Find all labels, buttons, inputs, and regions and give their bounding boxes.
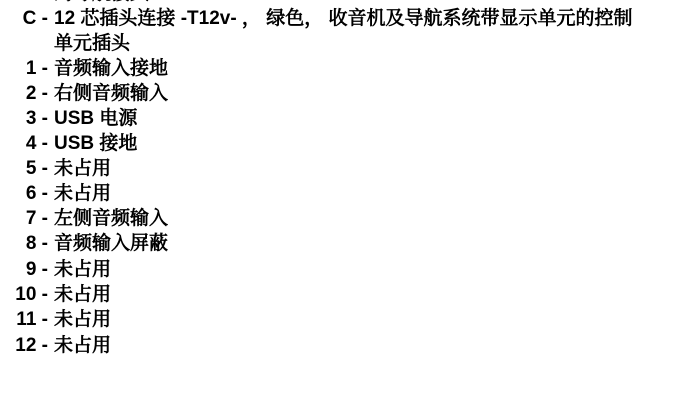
pin-number: 5 - xyxy=(26,156,48,181)
connector-heading: C - 12 芯插头连接 -T12v- ， 绿色， 收音机及导航系统带显示单元的… xyxy=(0,6,700,31)
pin-number: 2 - xyxy=(26,81,48,106)
pin-number: 9 - xyxy=(26,257,48,282)
connector-title-line1: 12 芯插头连接 -T12v- ， 绿色， 收音机及导航系统带显示单元的控制 xyxy=(54,6,633,31)
pin-description: 右侧音频输入 xyxy=(54,81,168,106)
pin-description: 未占用 xyxy=(54,282,111,307)
pin-description: 未占用 xyxy=(54,181,111,206)
pin-number: 7 - xyxy=(26,206,48,231)
pin-description: 未占用 xyxy=(54,257,111,282)
pin-description: USB 接地 xyxy=(54,131,137,156)
pin-description: 音频输入屏蔽 xyxy=(54,231,168,256)
pin-number: 12 - xyxy=(15,333,48,358)
pin-number: 6 - xyxy=(26,181,48,206)
pin-number: 8 - xyxy=(26,231,48,256)
pin-description: 未占用 xyxy=(54,333,111,358)
pin-description: USB 电源 xyxy=(54,106,137,131)
pin-number: 11 - xyxy=(16,307,48,332)
pin-description: 未占用 xyxy=(54,156,111,181)
pin-description: 左侧音频输入 xyxy=(54,206,168,231)
pin-number: 1 - xyxy=(26,56,48,81)
pin-description: 音频输入接地 xyxy=(54,56,168,81)
pin-number: 3 - xyxy=(26,106,48,131)
pin-number: 4 - xyxy=(26,131,48,156)
document-page: 的导航接头 C - 12 芯插头连接 -T12v- ， 绿色， 收音机及导航系统… xyxy=(0,0,700,403)
connector-label: C - xyxy=(23,6,48,31)
pin-description: 未占用 xyxy=(54,307,111,332)
connector-title-line2: 单元插头 xyxy=(54,31,130,56)
pin-number: 10 - xyxy=(15,282,48,307)
